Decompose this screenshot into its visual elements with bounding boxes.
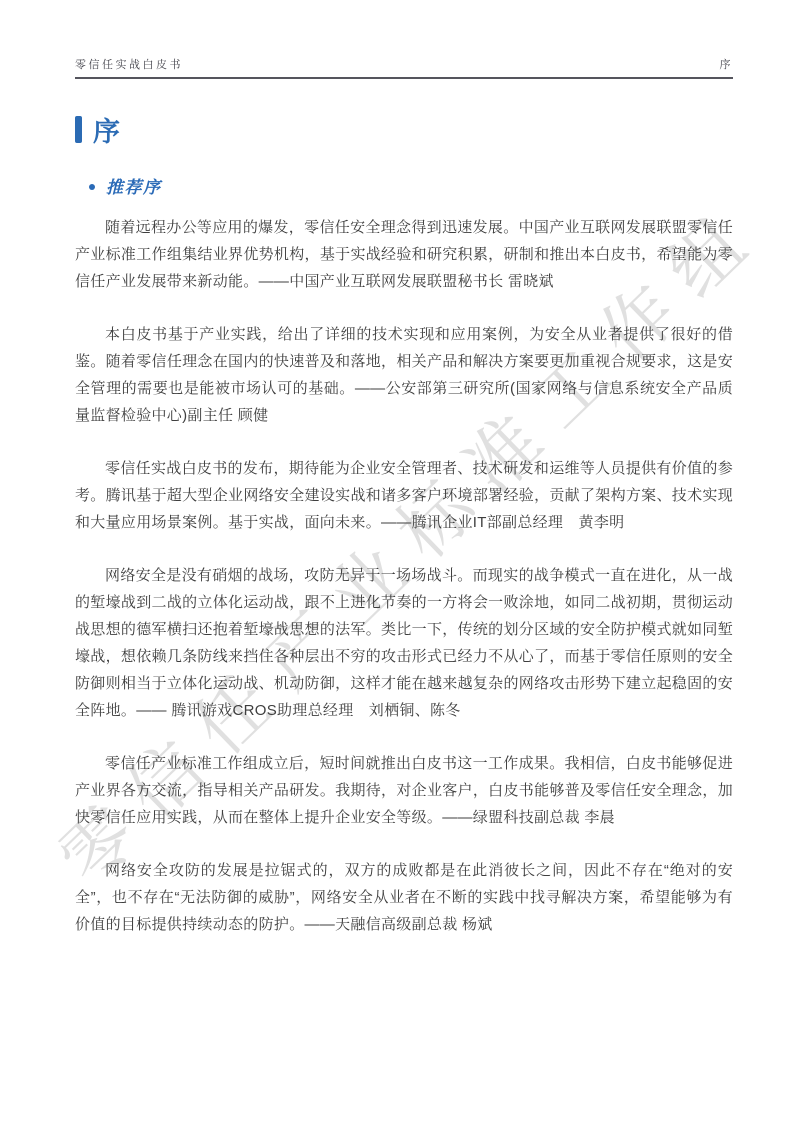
preface-paragraph: 网络安全是没有硝烟的战场，攻防无异于一场场战斗。而现实的战争模式一直在进化，从一… — [75, 562, 733, 724]
header-book-title: 零信任实战白皮书 — [75, 56, 183, 72]
preface-paragraph: 零信任实战白皮书的发布，期待能为企业安全管理者、技术研发和运维等人员提供有价值的… — [75, 455, 733, 536]
header-rule — [75, 77, 733, 79]
preface-paragraphs: 随着远程办公等应用的爆发，零信任安全理念得到迅速发展。中国产业互联网发展联盟零信… — [75, 214, 733, 938]
recommendation-heading-label: 推荐序 — [106, 173, 162, 198]
title-accent-bar-icon — [75, 116, 82, 143]
preface-paragraph: 本白皮书基于产业实践，给出了详细的技术实现和应用案例，为安全从业者提供了很好的借… — [75, 321, 733, 429]
section-title: 序 — [75, 110, 733, 149]
section-title-text: 序 — [93, 110, 122, 149]
preface-paragraph: 随着远程办公等应用的爆发，零信任安全理念得到迅速发展。中国产业互联网发展联盟零信… — [75, 214, 733, 295]
preface-paragraph: 网络安全攻防的发展是拉锯式的，双方的成败都是在此消彼长之间，因此不存在“绝对的安… — [75, 857, 733, 938]
header-section-label: 序 — [720, 56, 734, 72]
preface-paragraph: 零信任产业标准工作组成立后，短时间就推出白皮书这一工作成果。我相信，白皮书能够促… — [75, 750, 733, 831]
document-page: 零信任产业标准工作组 零信任实战白皮书 序 序 推荐序 随着远程办公等应用的爆发… — [0, 0, 808, 1137]
page-header: 零信任实战白皮书 序 — [75, 56, 733, 79]
bullet-dot-icon — [89, 184, 95, 190]
recommendation-heading: 推荐序 — [75, 173, 733, 198]
page-content: 序 推荐序 随着远程办公等应用的爆发，零信任安全理念得到迅速发展。中国产业互联网… — [75, 110, 733, 964]
